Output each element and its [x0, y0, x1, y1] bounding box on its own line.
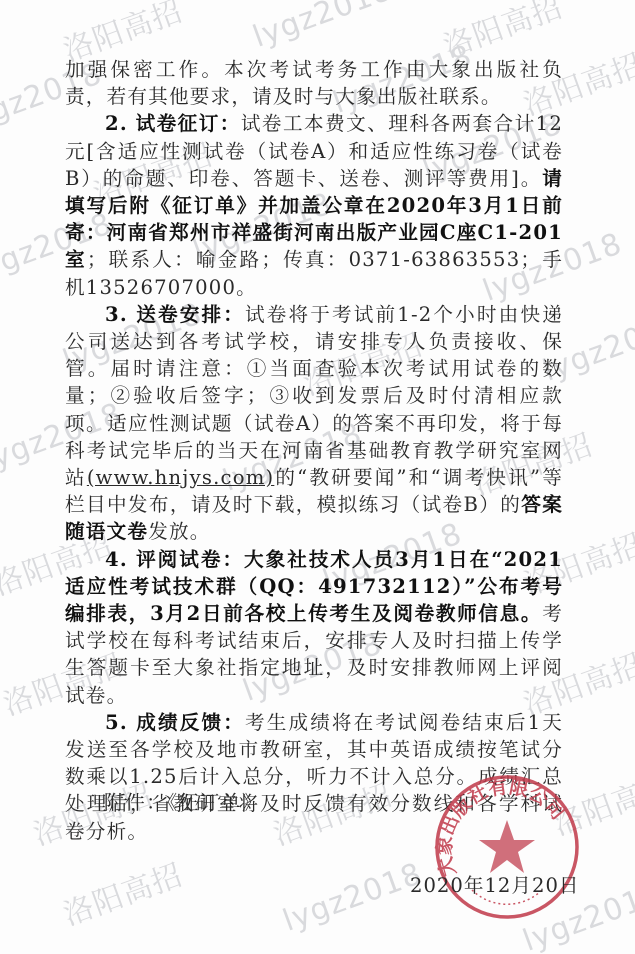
section-2-paragraph: 2. 试卷征订：试卷工本费文、理科各两套合计12元[含适应性测试卷（试卷A）和适…: [65, 110, 563, 300]
issue-date: 2020年12月20日: [410, 869, 580, 898]
watermark: lygz2018: [278, 856, 426, 939]
section-title: 成绩反馈：: [136, 711, 245, 734]
website-link[interactable]: (www.hnjys.com): [87, 466, 275, 489]
section-text: 发放。: [148, 520, 210, 543]
section-3-paragraph: 3. 送卷安排：试卷将于考试前1-2个小时由快递公司送达到各考试学校，请安排专人…: [65, 301, 563, 546]
section-number: 2.: [105, 112, 128, 135]
section-title: 送卷安排：: [136, 303, 245, 326]
official-seal-icon: 大象出版社有限公司: [432, 772, 582, 922]
watermark: lygz2018: [248, 0, 396, 55]
section-title: 试卷征订：: [136, 112, 241, 135]
section-text: 试卷将于考试前1-2个小时由快递公司送达到各考试学校，请安排专人负责接收、保管。…: [65, 303, 563, 489]
watermark: 洛阳高招: [56, 850, 188, 934]
section-number: 3.: [105, 303, 128, 326]
document-body: 加强保密工作。本次考试考务工作由大象出版社负责，若有其他要求，请及时与大象出版社…: [65, 56, 563, 845]
intro-paragraph: 加强保密工作。本次考试考务工作由大象出版社负责，若有其他要求，请及时与大象出版社…: [65, 56, 563, 110]
section-text: ；联系人：喻金路；传真：0371-63863553；手机13526707000。: [65, 248, 563, 298]
section-4-paragraph: 4. 评阅试卷：大象社技术人员3月1日在“2021适应性考试技术群（QQ：491…: [65, 546, 563, 709]
section-title: 评阅试卷：: [136, 548, 244, 571]
section-number: 4.: [105, 548, 128, 571]
section-number: 5.: [105, 711, 128, 734]
attachment-line: 附件：《征订单》: [104, 786, 263, 815]
